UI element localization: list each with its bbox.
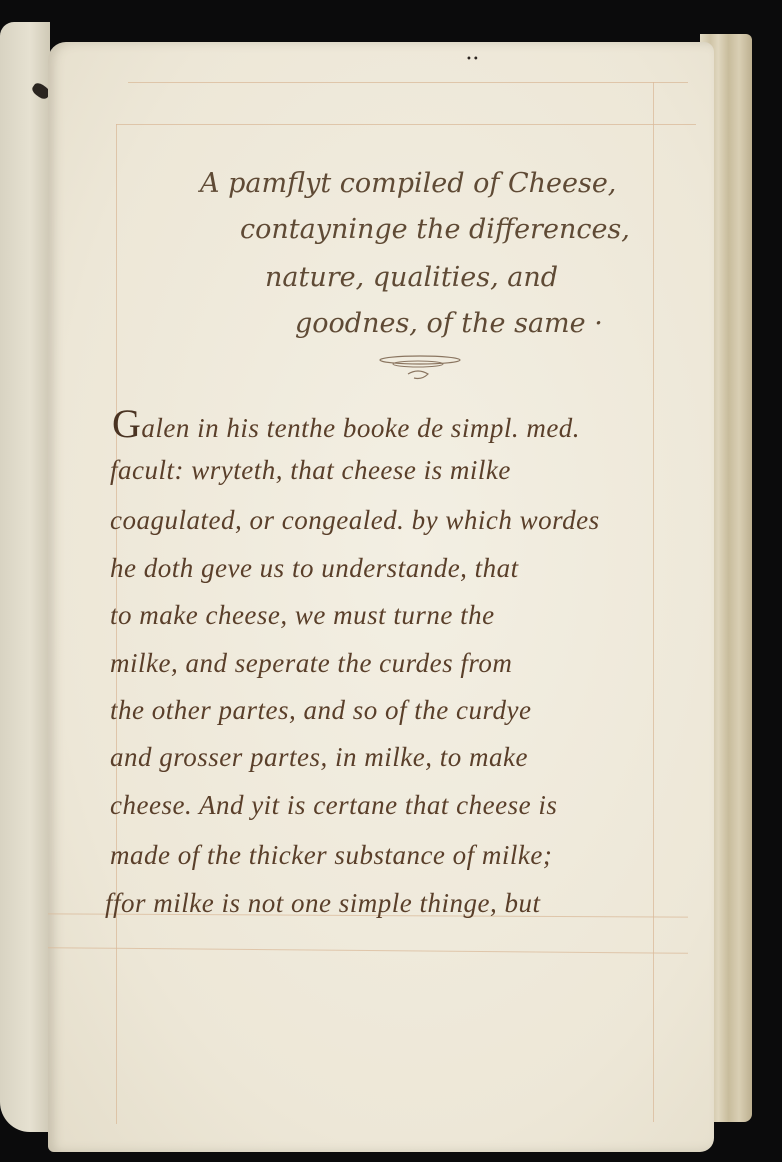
top-marks: ••: [466, 54, 480, 65]
body-line-1-text: alen in his tenthe booke de simpl. med.: [141, 413, 580, 443]
title-line-2: contayninge the differences,: [240, 214, 630, 245]
body-line-6: milke, and seperate the curdes from: [110, 648, 512, 679]
title-line-4: goodnes, of the same ·: [295, 308, 603, 339]
body-line-7: the other partes, and so of the curdye: [110, 695, 531, 726]
body-line-5: to make cheese, we must turne the: [110, 600, 495, 631]
body-line-10: made of the thicker substance of milke;: [110, 840, 552, 871]
body-line-9: cheese. And yit is certane that cheese i…: [110, 790, 557, 821]
ruled-line-top-inner: [116, 124, 696, 125]
manuscript-page: ••: [48, 42, 714, 1152]
body-line-2: facult: wryteth, that cheese is milke: [110, 455, 511, 486]
title-line-3: nature, qualities, and: [265, 262, 558, 293]
title-line-1: A pamflyt compiled of Cheese,: [200, 168, 616, 199]
body-line-4: he doth geve us to understande, that: [110, 553, 519, 584]
body-line-8: and grosser partes, in milke, to make: [110, 742, 528, 773]
body-line-3: coagulated, or congealed. by which worde…: [110, 505, 600, 536]
left-facing-leaf: [0, 22, 50, 1132]
drop-cap: G: [112, 401, 141, 446]
ruled-line-top-outer: [128, 82, 688, 83]
title-flourish-icon: [360, 350, 480, 390]
ruled-line-right: [653, 82, 654, 1122]
body-line-1: Galen in his tenthe booke de simpl. med.: [112, 400, 580, 447]
body-line-11: ffor milke is not one simple thinge, but: [105, 888, 540, 919]
ruled-line-bottom-2: [48, 947, 688, 954]
